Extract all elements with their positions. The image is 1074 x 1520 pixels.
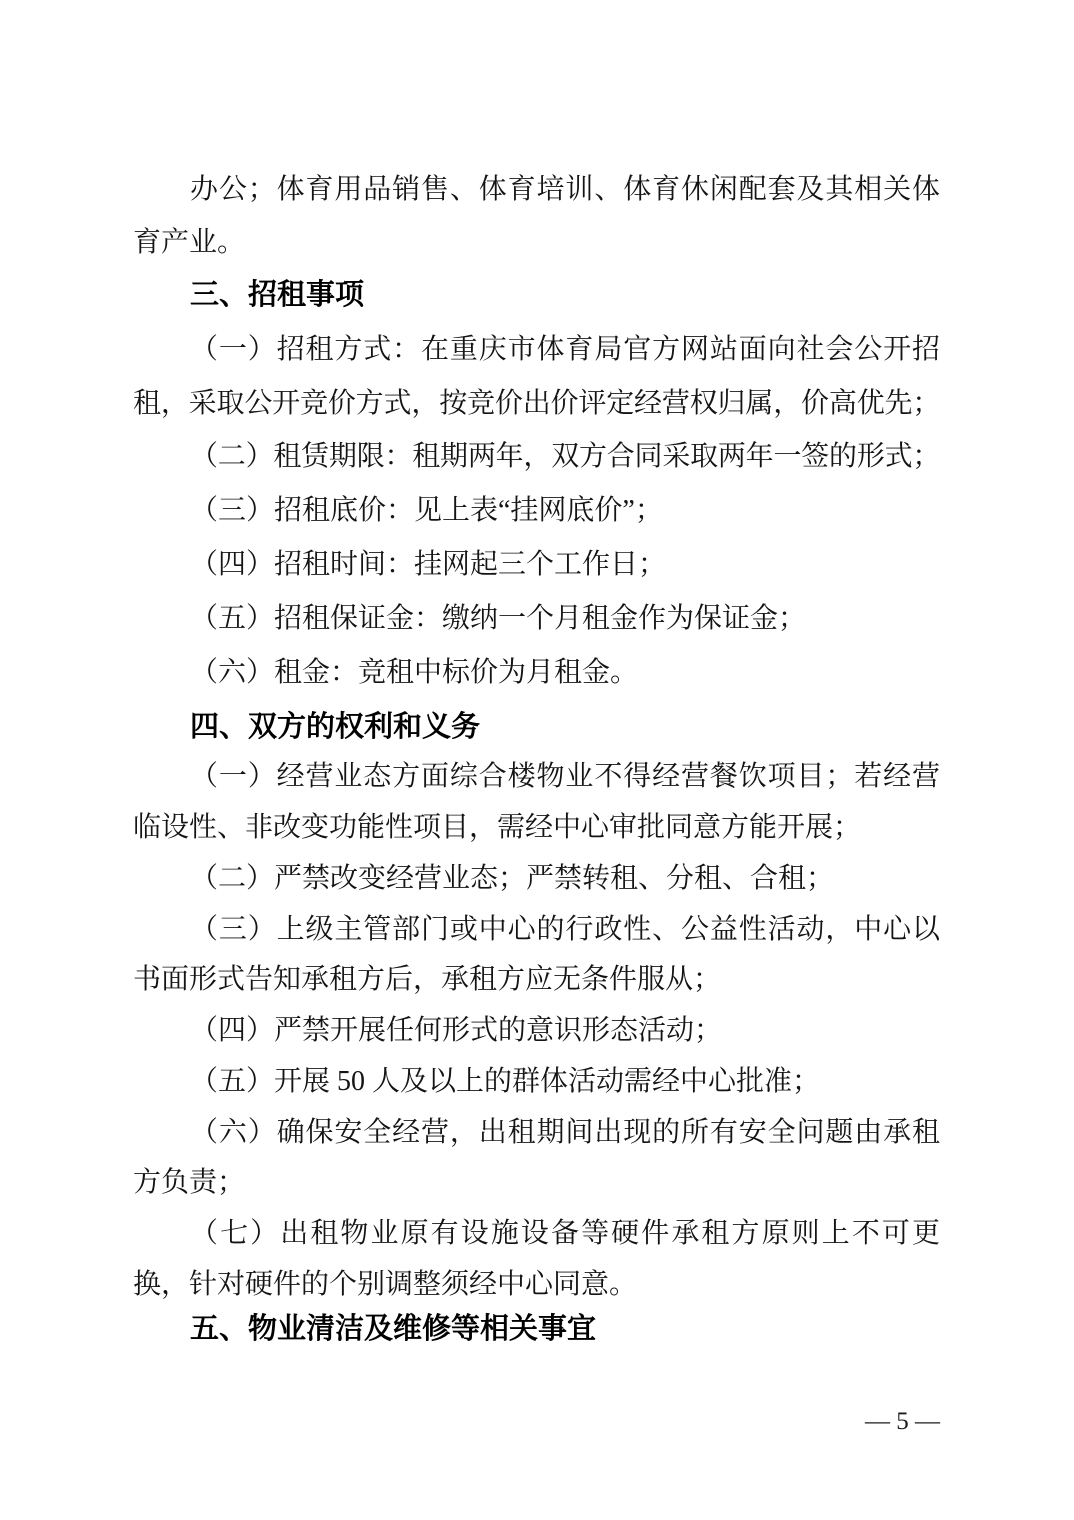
text-line-13: 临设性、非改变功能性项目，需经中心审批同意方能开展； [133,811,940,845]
page-number: — 5 — [133,1408,940,1436]
text-line-21: （七）出租物业原有设施设备等硬件承租方原则上不可更 [133,1217,940,1251]
text-line-15: （三）上级主管部门或中心的行政性、公益性活动，中心以 [133,913,940,947]
text-line-01: 办公；体育用品销售、体育培训、体育休闲配套及其相关体 [133,173,940,207]
text-line-12: （一）经营业态方面综合楼物业不得经营餐饮项目；若经营 [133,760,940,794]
text-line-05: 租，采取公开竞价方式，按竞价出价评定经营权归属，价高优先； [133,387,940,421]
text-line-09: （五）招租保证金：缴纳一个月租金作为保证金； [133,602,940,636]
text-line-17: （四）严禁开展任何形式的意识形态活动； [133,1014,940,1048]
text-line-19: （六）确保安全经营，出租期间出现的所有安全问题由承租 [133,1116,940,1150]
text-line-16: 书面形式告知承租方后，承租方应无条件服从； [133,963,940,997]
text-line-07: （三）招租底价：见上表“挂网底价”； [133,494,940,528]
text-line-18: （五）开展 50 人及以上的群体活动需经中心批准； [133,1065,940,1099]
text-line-20: 方负责； [133,1166,940,1200]
heading-section-4: 四、双方的权利和义务 [133,710,940,744]
text-line-10: （六）租金：竞租中标价为月租金。 [133,656,940,690]
heading-section-5: 五、物业清洁及维修等相关事宜 [133,1312,940,1346]
text-line-14: （二）严禁改变经营业态；严禁转租、分租、合租； [133,862,940,896]
text-line-06: （二）租赁期限：租期两年，双方合同采取两年一签的形式； [133,440,940,474]
text-line-04: （一）招租方式：在重庆市体育局官方网站面向社会公开招 [133,333,940,367]
text-line-08: （四）招租时间：挂网起三个工作日； [133,548,940,582]
text-line-22: 换，针对硬件的个别调整须经中心同意。 [133,1268,940,1302]
text-line-02: 育产业。 [133,226,940,260]
heading-section-3: 三、招租事项 [133,278,940,312]
document-page: 办公；体育用品销售、体育培训、体育休闲配套及其相关体 育产业。 三、招租事项 （… [0,0,1074,1520]
